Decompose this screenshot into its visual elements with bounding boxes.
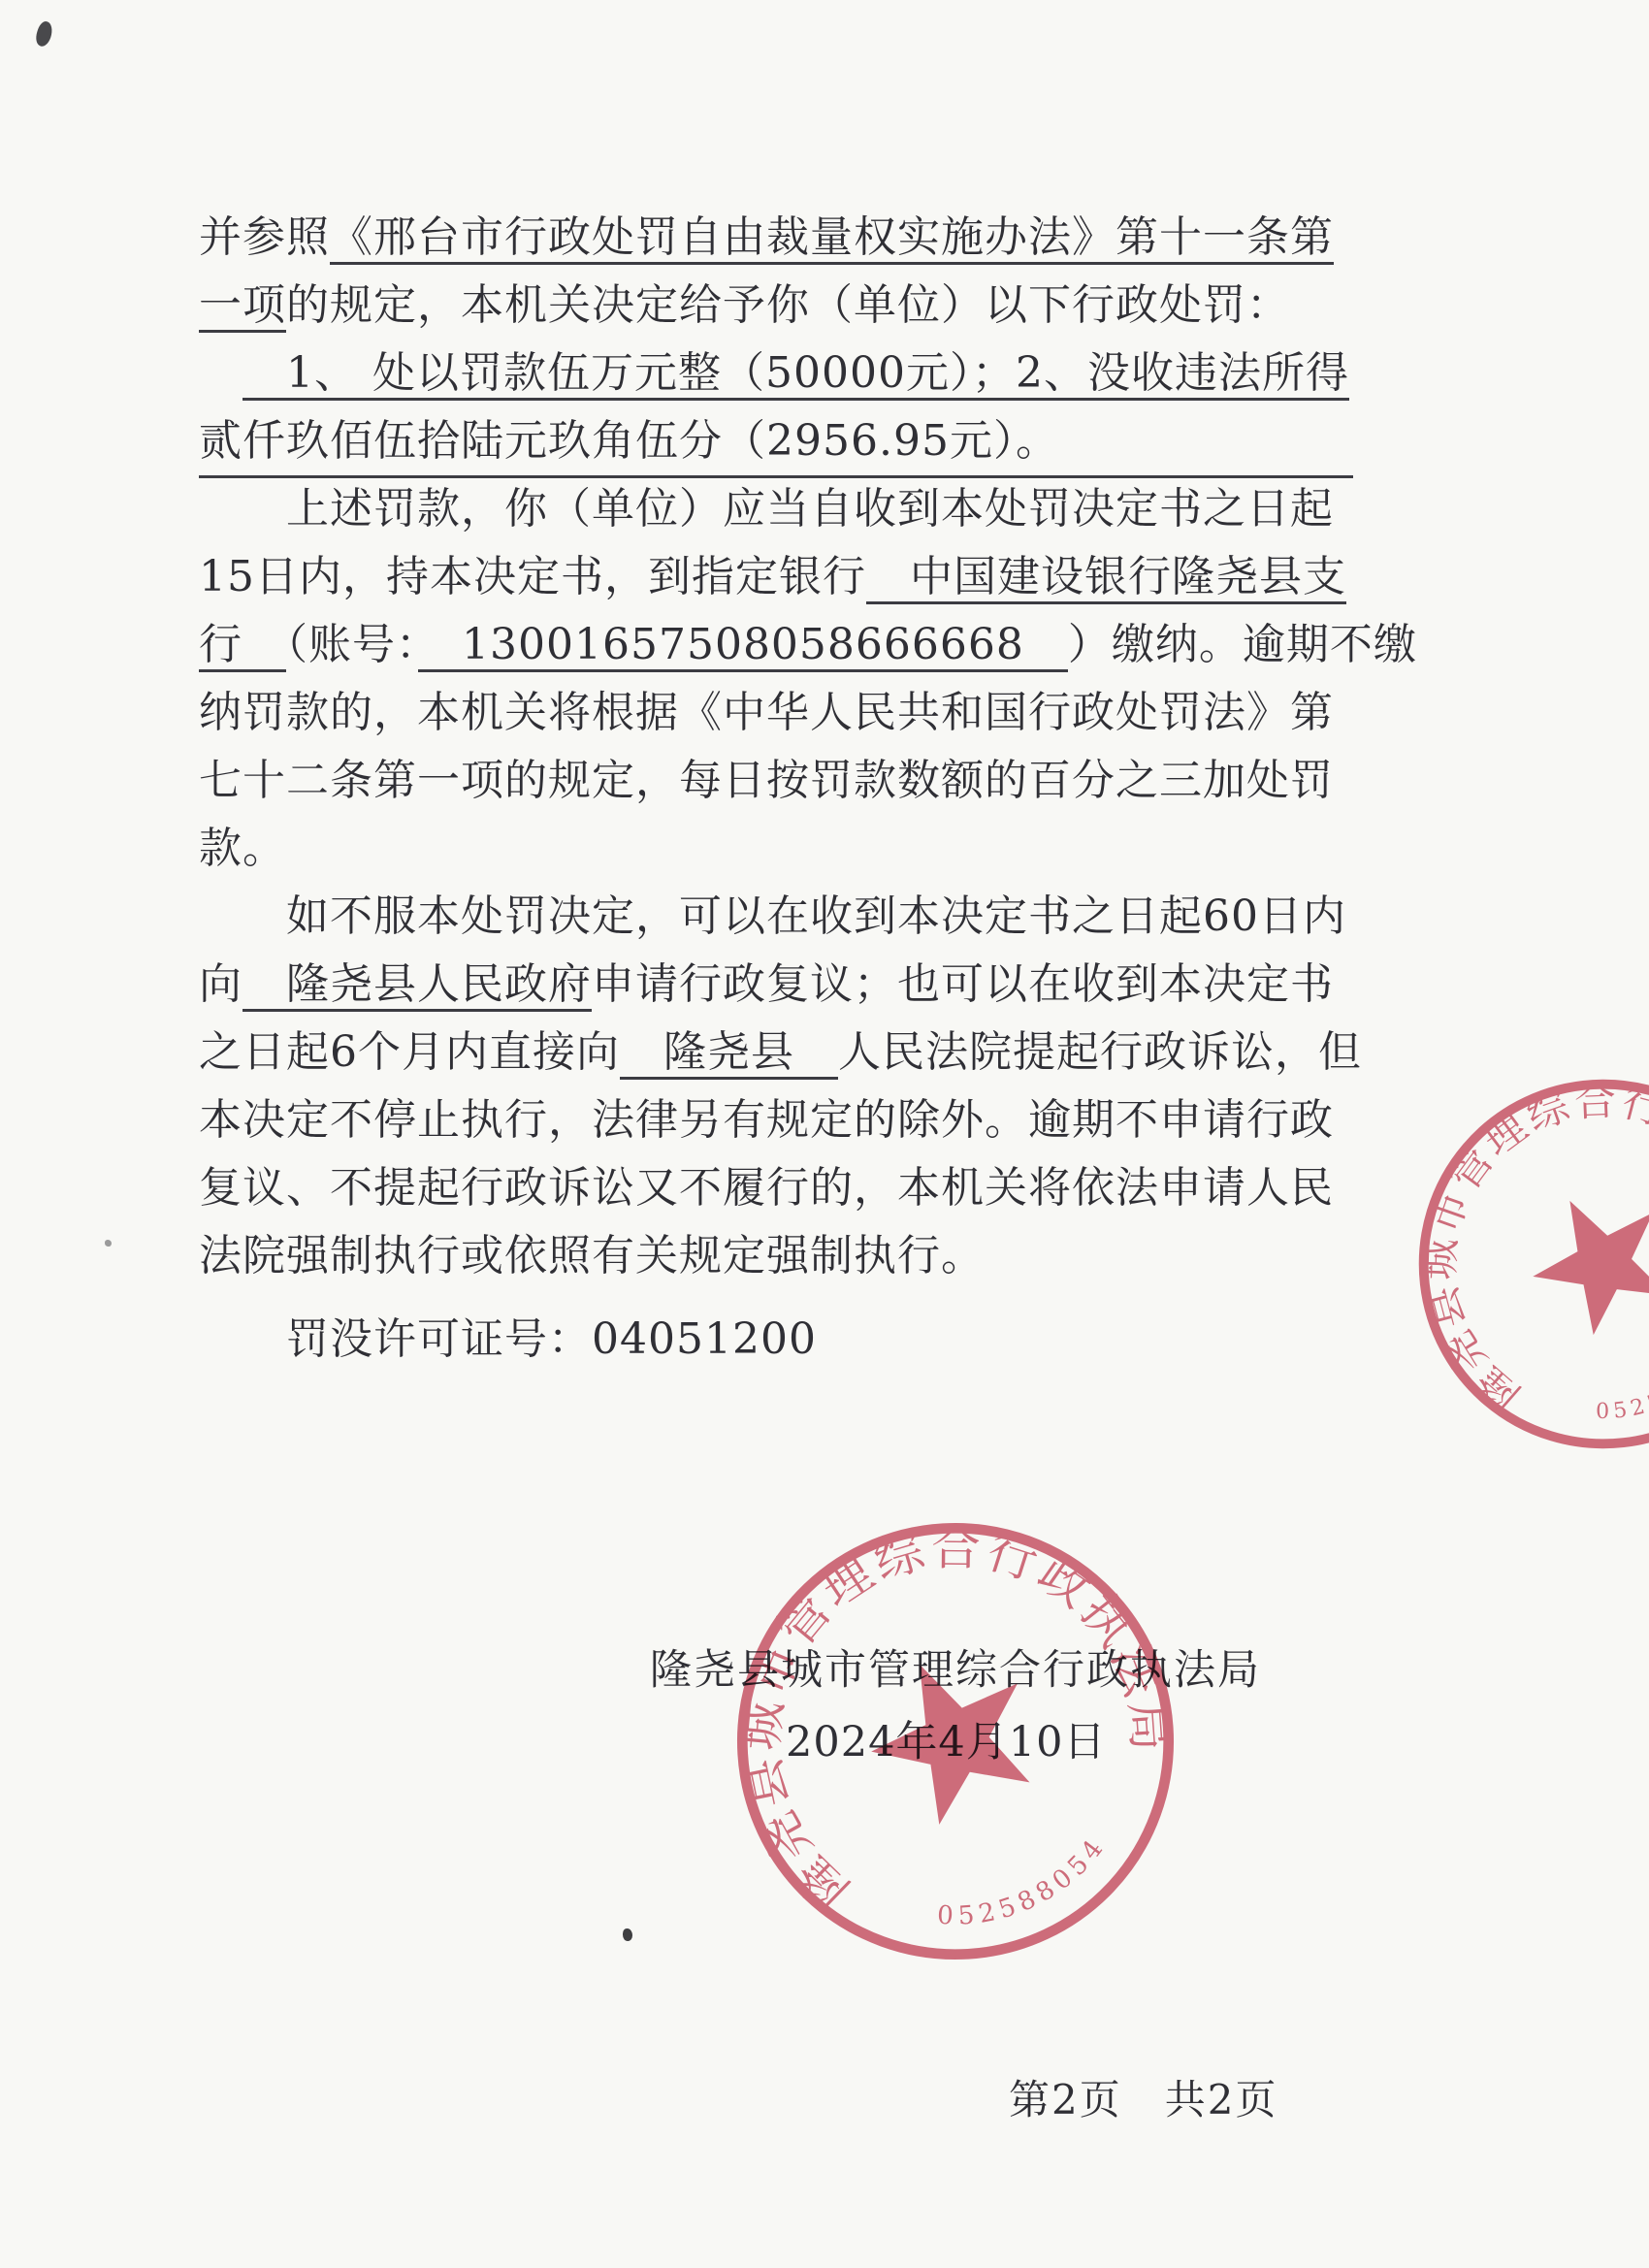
text-line: 七十二条第一项的规定，每日按罚款数额的百分之三加处罚 <box>199 747 1353 815</box>
text-segment: 的规定，本机关决定给予你（单位）以下行政处罚： <box>286 280 1290 330</box>
text-segment: ）缴纳。逾期不缴 <box>1068 620 1417 669</box>
text-line: 并参照《邢台市行政处罚自由裁量权实施办法》第十一条第 <box>199 204 1353 272</box>
seal-star-icon <box>1509 1169 1649 1347</box>
underlined-text: 1、 处以罚款伍万元整（50000元）；2、没收违法所得 <box>242 348 1349 401</box>
scan-speck <box>105 1240 112 1247</box>
text-line: 法院强制执行或依照有关规定强制执行。 <box>199 1222 1353 1290</box>
seal-star-icon <box>847 1631 1058 1838</box>
body-text: 并参照《邢台市行政处罚自由裁量权实施办法》第十一条第一项的规定，本机关决定给予你… <box>199 204 1353 1374</box>
text-segment: 申请行政复议；也可以在收到本决定书 <box>592 959 1334 1009</box>
text-segment: 七十二条第一项的规定，每日按罚款数额的百分之三加处罚 <box>199 756 1334 805</box>
page-number: 第2页 共2页 <box>1009 2068 1277 2126</box>
official-seal-partial: 隆尧县城市管理综合行政执法局 1305258805429 <box>1405 1065 1649 1463</box>
scanned-document-page: 并参照《邢台市行政处罚自由裁量权实施办法》第十一条第一项的规定，本机关决定给予你… <box>0 0 1649 2268</box>
underlined-text: 隆尧县 <box>620 1027 838 1080</box>
text-line: 行 （账号： 13001657508058666668 ）缴纳。逾期不缴 <box>199 611 1353 679</box>
text-segment: 复议、不提起行政诉讼又不履行的，本机关将依法申请人民 <box>199 1163 1334 1213</box>
text-segment <box>199 348 242 398</box>
text-line: 向 隆尧县人民政府申请行政复议；也可以在收到本决定书 <box>199 951 1353 1019</box>
text-segment: 向 <box>199 959 242 1009</box>
official-seal: 隆尧县城市管理综合行政执法局 1305258805429 <box>720 1506 1191 1977</box>
underlined-text: 中国建设银行隆尧县支 <box>866 552 1346 604</box>
text-segment: 款。 <box>199 824 286 873</box>
scan-speck <box>33 19 54 48</box>
text-segment: 人民法院提起行政诉讼，但 <box>838 1027 1362 1077</box>
underlined-text: 《邢台市行政处罚自由裁量权实施办法》第十一条第 <box>330 212 1334 265</box>
scan-speck <box>623 1928 632 1941</box>
text-line: 复议、不提起行政诉讼又不履行的，本机关将依法申请人民 <box>199 1154 1353 1222</box>
underlined-text: 隆尧县人民政府 <box>242 959 592 1012</box>
text-line: 款。 <box>199 815 1353 883</box>
text-line: 上述罚款，你（单位）应当自收到本处罚决定书之日起 <box>199 475 1353 543</box>
text-segment: 并参照 <box>199 212 330 262</box>
text-segment: 上述罚款，你（单位）应当自收到本处罚决定书之日起 <box>199 484 1334 534</box>
text-line: 贰仟玖佰伍拾陆元玖角伍分（2956.95元）。 <box>199 407 1353 475</box>
text-line: 1、 处以罚款伍万元整（50000元）；2、没收违法所得 <box>199 340 1353 407</box>
text-segment: （账号： <box>286 620 418 669</box>
text-segment: 本决定不停止执行，法律另有规定的除外。逾期不申请行政 <box>199 1095 1334 1145</box>
text-segment: 法院强制执行或依照有关规定强制执行。 <box>199 1231 985 1280</box>
text-segment: 如不服本处罚决定，可以在收到本决定书之日起60日内 <box>199 891 1346 941</box>
text-segment: 罚没许可证号：04051200 <box>199 1314 817 1364</box>
text-line: 之日起6个月内直接向 隆尧县 人民法院提起行政诉讼，但 <box>199 1019 1353 1086</box>
underlined-text: 贰仟玖佰伍拾陆元玖角伍分（2956.95元）。 <box>199 407 1353 478</box>
text-line: 一项的规定，本机关决定给予你（单位）以下行政处罚： <box>199 272 1353 340</box>
text-segment: 之日起6个月内直接向 <box>199 1027 620 1077</box>
text-segment: 15日内，持本决定书，到指定银行 <box>199 552 866 601</box>
text-segment: 纳罚款的，本机关将根据《中华人民共和国行政处罚法》第 <box>199 688 1334 737</box>
underlined-text: 行 <box>199 620 286 672</box>
text-line: 纳罚款的，本机关将根据《中华人民共和国行政处罚法》第 <box>199 679 1353 747</box>
underlined-text: 一项 <box>199 280 286 333</box>
underlined-text: 13001657508058666668 <box>418 620 1068 672</box>
text-line: 15日内，持本决定书，到指定银行 中国建设银行隆尧县支 <box>199 543 1353 611</box>
text-line: 本决定不停止执行，法律另有规定的除外。逾期不申请行政 <box>199 1086 1353 1154</box>
text-line: 罚没许可证号：04051200 <box>199 1306 1353 1374</box>
text-line: 如不服本处罚决定，可以在收到本决定书之日起60日内 <box>199 883 1353 951</box>
